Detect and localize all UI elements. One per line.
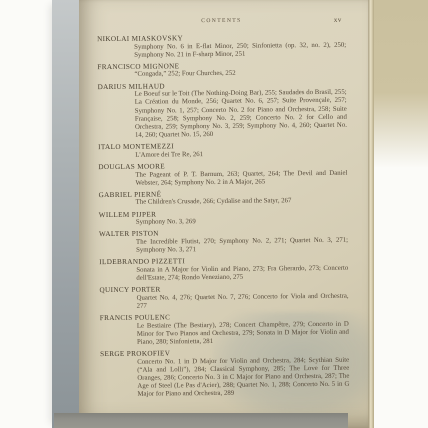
running-header-title: CONTENTS — [97, 17, 346, 25]
composer-works: Concerto No. 1 in D Major for Violin and… — [137, 356, 349, 399]
contents-entry: NIKOLAI MIASKOVSKY Symphony No. 6 in E-f… — [97, 33, 346, 60]
composer-works: The Children's Crusade, 266; Cydalise an… — [136, 197, 348, 207]
composer-works: L'Amore dei Tre Re, 261 — [135, 150, 347, 160]
composer-works: “Congada,” 252; Four Churches, 252 — [134, 69, 346, 79]
contents-entry: GABRIEL PIERNÉ The Children's Crusade, 2… — [99, 189, 348, 208]
book-photo-scene: CONTENTS xv NIKOLAI MIASKOVSKY Symphony … — [0, 0, 428, 428]
composer-works: Quartet No. 4, 276; Quartet No. 7, 276; … — [137, 292, 349, 310]
contents-entry: DOUGLAS MOORE The Pageant of P. T. Barnu… — [98, 161, 347, 188]
composer-works: Le Boeuf sur le Toit (The Nothing-Doing … — [135, 89, 347, 140]
composer-works: Le Bestiaire (The Bestiary), 278; Concer… — [137, 320, 349, 347]
contents-page: CONTENTS xv NIKOLAI MIASKOVSKY Symphony … — [79, 0, 376, 403]
running-header: CONTENTS xv — [97, 17, 346, 27]
composer-works: The Incredible Flutist, 270; Symphony No… — [136, 237, 348, 255]
composer-works: Symphony No. 3, 269 — [136, 217, 348, 227]
page-number: xv — [334, 17, 342, 24]
table-surface-strip — [54, 413, 348, 428]
composer-works: Sonata in A Major for Violin and Piano, … — [136, 264, 348, 282]
background-corner-surface — [371, 0, 428, 168]
page-stack-edge — [52, 0, 81, 428]
contents-entry: FRANCISCO MIGNONE “Congada,” 252; Four C… — [97, 61, 346, 80]
composer-works: Symphony No. 6 in E-flat Minor, 250; Sin… — [134, 41, 346, 59]
contents-entry: QUINCY PORTER Quartet No. 4, 276; Quarte… — [99, 284, 348, 311]
contents-entry: ITALO MONTEMEZZI L'Amore dei Tre Re, 261 — [98, 141, 347, 160]
composer-works: The Pageant of P. T. Barnum, 263; Quarte… — [135, 169, 347, 187]
contents-entry: WILLEM PIJPER Symphony No. 3, 269 — [99, 208, 348, 227]
contents-entry: SERGE PROKOFIEV Concerto No. 1 in D Majo… — [100, 348, 349, 400]
contents-entry: DARIUS MILHAUD Le Boeuf sur le Toit (The… — [98, 80, 348, 140]
contents-entry: FRANCIS POULENC Le Bestiaire (The Bestia… — [100, 312, 349, 347]
contents-entry: ILDEBRANDO PIZZETTI Sonata in A Major fo… — [99, 256, 348, 283]
contents-entry: WALTER PISTON The Incredible Flutist, 27… — [99, 228, 348, 255]
